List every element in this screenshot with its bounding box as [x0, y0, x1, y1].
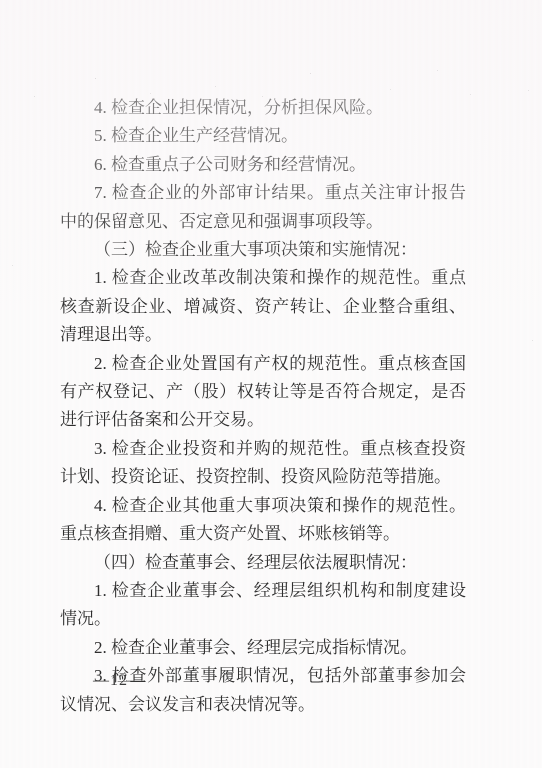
section-heading: （四）检查董事会、经理层依法履职情况：	[60, 549, 466, 577]
paragraph: 4. 检查企业其他重大事项决策和操作的规范性。重点核查捐赠、重大资产处置、坏账核…	[60, 492, 466, 549]
paragraph: 2. 检查企业处置国有产权的规范性。重点核查国有产权登记、产（股）权转让等是否符…	[60, 350, 466, 435]
paragraph: 6. 检查重点子公司财务和经营情况。	[60, 151, 466, 179]
paragraph: 5. 检查企业生产经营情况。	[60, 122, 466, 150]
paragraph: 3. 检查企业投资和并购的规范性。重点核查投资计划、投资论证、投资控制、投资风险…	[60, 435, 466, 492]
paragraph: 1. 检查企业改革改制决策和操作的规范性。重点核查新设企业、增减资、资产转让、企…	[60, 264, 466, 349]
document-page: 4. 检查企业担保情况，分析担保风险。 5. 检查企业生产经营情况。 6. 检查…	[0, 0, 542, 768]
section-heading: （三）检查企业重大事项决策和实施情况：	[60, 236, 466, 264]
paragraph: 4. 检查企业担保情况，分析担保风险。	[60, 94, 466, 122]
scan-noise-specks	[0, 0, 1, 1]
paragraph: 3. 检查外部董事履职情况，包括外部董事参加会议情况、会议发言和表决情况等。	[60, 662, 466, 719]
paragraph: 2. 检查企业董事会、经理层完成指标情况。	[60, 634, 466, 662]
page-number: —12—	[93, 672, 145, 690]
paragraph: 7. 检查企业的外部审计结果。重点关注审计报告中的保留意见、否定意见和强调事项段…	[60, 179, 466, 236]
document-body: 4. 检查企业担保情况，分析担保风险。 5. 检查企业生产经营情况。 6. 检查…	[60, 94, 466, 719]
paragraph: 1. 检查企业董事会、经理层组织机构和制度建设情况。	[60, 577, 466, 634]
